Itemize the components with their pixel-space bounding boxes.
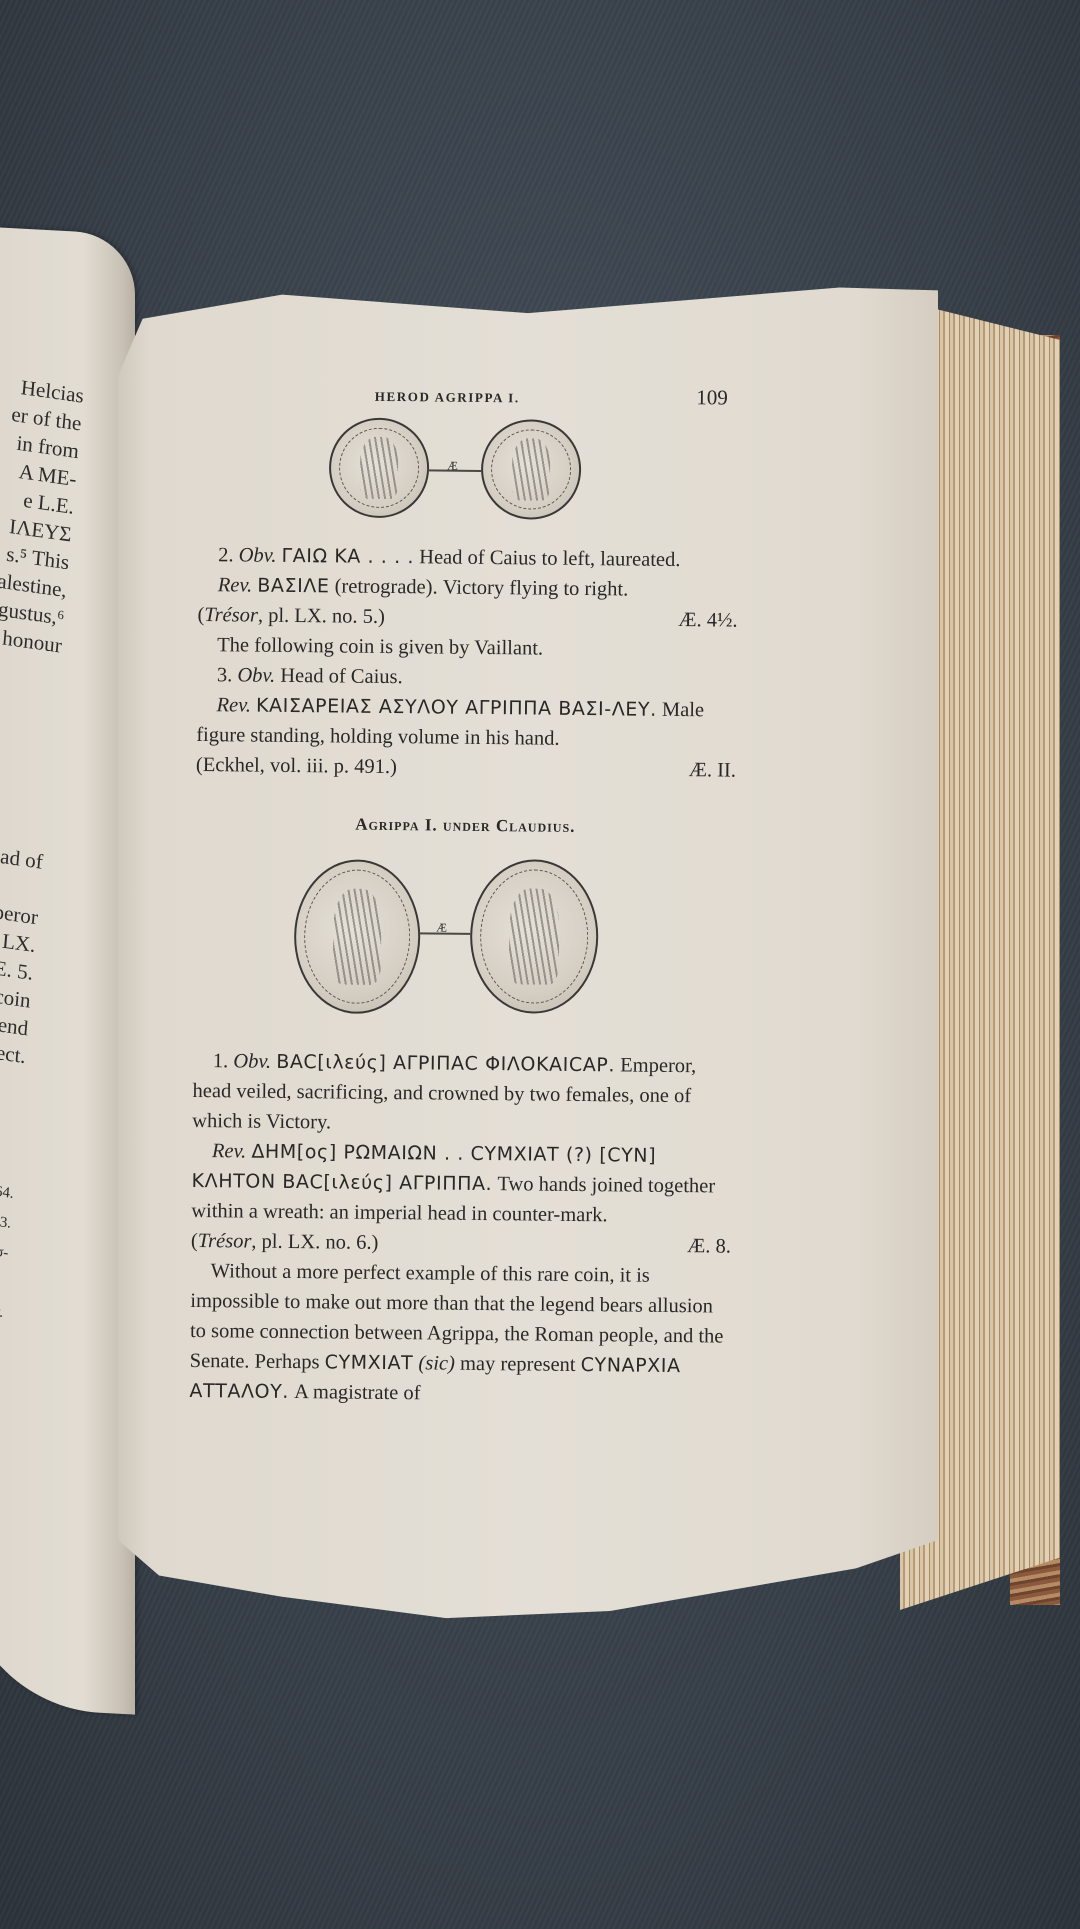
metal-label: Æ [447,451,458,481]
page-content: HEROD AGRIPPA I. 109 Æ 2. Obv. ΓΑΙΩ ΚΑ .… [189,380,740,1412]
coin-size: Æ. 8. [687,1231,731,1261]
coin-obverse-icon [293,859,421,1014]
coin-obverse-icon [329,417,430,518]
coin-illustration-1: Æ [198,410,739,546]
page-number: 109 [696,382,728,412]
running-title: HEROD AGRIPPA I. [375,382,520,414]
left-page: Helcias er of the in from A ME- e L.E. Ι… [0,225,135,1714]
coin-size: Æ. 4½. [678,605,738,636]
commentary-paragraph: Without a more perfect example of this r… [189,1256,731,1412]
coin-size: Æ. II. [689,755,737,785]
left-page-text: Helcias er of the in from A ME- e L.E. Ι… [0,365,85,1328]
entry-3-reverse: Rev. ΚΑΙΣΑΡΕΙΑΣ ΑΣΥΛΟΥ ΑΓΡΙΠΠΑ ΒΑΣΙ-ΛΕΥ.… [196,690,737,756]
coin-reverse-icon [469,859,599,1014]
entry-3-reference: (Eckhel, vol. iii. p. 491.) Æ. II. [196,750,736,786]
metal-label: Æ [436,913,447,943]
coin-illustration-2: Æ [193,852,735,1028]
entry-1-obverse: 1. Obv. ΒΑϹ[ιλεύς] ΑΓΡΙΠΑϹ ΦΙΛΟΚΑΙϹΑΡ. E… [192,1046,733,1142]
coin-reverse-icon [481,419,582,520]
section-title: Agrippa I. under Claudius. [195,808,735,844]
entry-1-reverse: Rev. ΔΗΜ[ος] ΡΩΜΑΙΩΝ . . ϹΥΜΧΙΑΤ (?) [ϹΥ… [191,1136,732,1232]
